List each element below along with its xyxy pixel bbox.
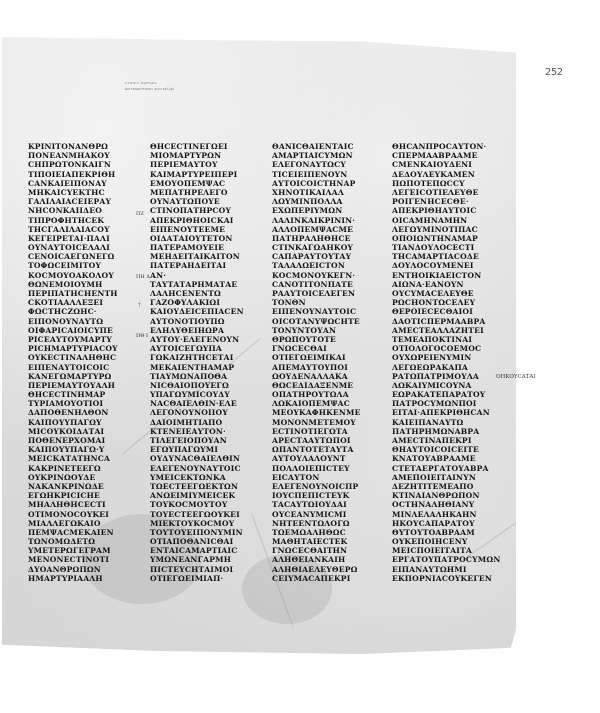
text-line: ΥΠΑΓΩΥΜΙϹΟΥΔΥ: [150, 390, 265, 399]
text-line: ΔΕΔΟΥΛΕΥΚΑΜΕΝ: [392, 170, 504, 179]
text-line: ΤΟΥΚΟϹΜΟΥΤΟΥ: [150, 500, 265, 509]
section-number-note: ΠΗ Δ: [136, 274, 150, 280]
text-line: ΚΑΚΡΙΝΕΤΕΕΓΩ: [28, 464, 138, 473]
text-line: ΛΩΚΑΙΟΠΕΜΨΑϹ: [272, 399, 374, 408]
text-line: ΠΟΘΕΝΕΡΧΟΜΑΙ: [28, 436, 138, 445]
text-line: ΠΕΡΙΕΜΑΥΤΟΥ: [150, 160, 265, 169]
text-line: ΚΟϹΜΟΝΟΥΚΕΓΝ·: [272, 271, 374, 280]
text-line: ΘΡΩΠΟΥΤΟΤΕ: [272, 335, 374, 344]
text-line: ΥΜΩΝΕΑΝΓΑΡΜΗ: [150, 555, 265, 564]
text-line: ΑΠΕΚΡΙΘΗΟΙϹΚΑΙ: [150, 216, 265, 225]
text-line: ΑΛΗΘΕΙΑΝΚΑΙΗ: [272, 555, 374, 564]
text-line: ϹΜΕΝΚΑΙΟΥΔΕΝΙ: [392, 160, 504, 169]
text-line: ΠΕΡΙΕΜΑΥΤΟΥΑΛΗ: [28, 381, 138, 390]
text-line: ΟΙϹΑΜΗΝΑΜΗΝ: [392, 216, 504, 225]
text-line: ΥΜΕΤΕΡΩΓΕΓΡΑΜ: [28, 546, 138, 555]
text-line: ΤΟΥΕϹΤΕΕΓΩΟΥΚΕΙ: [150, 510, 265, 519]
text-line: ΝΑϹΘΑΙΕΛΘΙΝ·ΕΛΕ: [150, 399, 265, 408]
text-line: ΑΠΕΚΡΙΘΗΑΥΤΟΙϹ: [392, 206, 504, 215]
text-line: ΤΩΕϹΤΕΕΓΩΕΚΤΩΝ: [150, 482, 265, 491]
text-line: ΡΙϹΗΜΑΡΤΥΡΙΑϹΟΥ: [28, 344, 138, 353]
text-line: ΑΛΛΟΠΕΜΨΑϹΜΕ: [272, 225, 374, 234]
text-line: ΙΟΥϹΠΕΠΙϹΤΕΥΚ: [272, 491, 374, 500]
text-line: ΕϹΤΙΝΟΤΙΕΓΩΤΑ: [272, 427, 374, 436]
text-line: ΥΜΕΙϹΕΚΤΩΝΚΑ: [150, 473, 265, 482]
text-line: ΤΩΝΟΜΩΔΕΤΩ: [28, 537, 138, 546]
text-line: ΕΙΠΟΝΟΥΝΑΥΤΩ: [28, 317, 138, 326]
text-line: ΜΙϹΟΥΚΟΙΔΑΤΑΙ: [28, 427, 138, 436]
text-line: ΜΕΙϹΠΟΙΕΙΤΑΙΤΑ: [392, 546, 504, 555]
text-line: ΜΙΑΛΛΕΓΩΚΑΙΟ: [28, 519, 138, 528]
text-line: ϹΠΕΡΜΑΑΒΡΑΑΜΕ: [392, 151, 504, 160]
text-line: ΜΕΠΑΤΗΡΕΛΕΓΟ: [150, 188, 265, 197]
text-line: ΧΗΝΟΤΙΚΑΙΛΑΛ: [272, 188, 374, 197]
text-line: ΘΩΝΕΜΟΙΟΥΜΗ: [28, 280, 138, 289]
folio-number: 252: [545, 67, 563, 78]
text-line: ΜΟΝΟΝΜΕΤΕΜΟΥ: [272, 418, 374, 427]
text-line: ϹΤΙΝΚΑΓΩΑΗΚΟΥ: [272, 243, 374, 252]
text-line: ΑΠΕΜΑΥΤΟΥΠΟΙ: [272, 363, 374, 372]
text-line: ΟΤΙΜΟΝΟϹΟΥΚΕΙ: [28, 510, 138, 519]
text-line: ΛΕΓΩΕΩΡΑΚΑΠΑ: [392, 363, 504, 372]
text-line: ΤΗϹΓΑΛΙΛΑΙΑϹΟΥ: [28, 225, 138, 234]
text-line: ΓΩΚΑΙΖΗΤΗϹΕΤΑΙ: [150, 353, 265, 362]
text-line: ΑΜΕϹΤΕΑΛΛΑΖΗΤΕΙ: [392, 326, 504, 335]
text-line: ΤΙΛΕΓΕΙΟΠΟΥΑΝ: [150, 436, 265, 445]
text-line: ΝΗΤΕΕΝΤΩΛΟΓΩ: [272, 519, 374, 528]
text-line: ΡΑΤΩΠΑΤΡΙΜΟΥΛΑ: [392, 372, 504, 381]
text-line: ΚΑΙΜΑΡΤΥΡΕΙΠΕΡΙ: [150, 170, 265, 179]
text-line: ΘΩϹΕΔΙΔΑΞΕΝΜΕ: [272, 381, 374, 390]
text-line: ΕΙϹΑΥΤΟΝ: [272, 473, 374, 482]
text-line: ΚΑΙΠΟΥΥΠΑΓΩ·Υ: [28, 445, 138, 454]
text-line: ΠΑΤΕΡΑΗΔΕΙΤΑΙ: [150, 261, 265, 270]
text-line: ΜΕΚΑΙΕΝΤΗΑΜΑΡ: [150, 363, 265, 372]
text-column-1: ΚΡΙΝΙΤΟΝΑΝΘΡΩΠΟΝΕΑΝΜΗΑΚΟΥϹΗΠΡΩΤΟΝΚΑΙΓΝΤΙ…: [28, 142, 138, 583]
text-line: ΓΑΖΟΦΥΛΑΚΙΩΙ: [150, 298, 265, 307]
text-line: ΟΥΔΥΝΑϹΘΑΙΕΛΘΙΝ: [150, 454, 265, 463]
text-line: ΟΤΙΟΛΟΓΟϹΟΕΜΟϹ: [392, 344, 504, 353]
text-line: ΜΑΘΗΤΑΙΕϹΤΕΚ: [272, 537, 374, 546]
text-line: ΜΗΚΑΙϹΥΕΚΤΗϹ: [28, 188, 138, 197]
text-line: ΤΙΠΡΟΦΗΤΗϹΕΚ: [28, 216, 138, 225]
text-line: ΚΤΙΝΑΙΑΝΘΡΩΠΟΝ: [392, 491, 504, 500]
text-line: ΕΓΩΗΚΡΙϹΙϹΗΕ: [28, 491, 138, 500]
text-line: ΟΠΟΙΩΝΤΗΝΑΜΑΡ: [392, 234, 504, 243]
text-line: ΠΟΝΕΑΝΜΗΑΚΟΥ: [28, 151, 138, 160]
text-line: ΑΙΩΝΑ·ΕΑΝΟΥΝ: [392, 280, 504, 289]
text-line: ΤΩΕΜΩΑΛΗΘΩϹ: [272, 528, 374, 537]
text-line: ΡΙϹΕΑΥΤΟΥΜΑΡΤΥ: [28, 335, 138, 344]
text-line: ΟΙϹΟΤΑΝΥΨΩϹΗΤΕ: [272, 317, 374, 326]
text-line: ΟΠΑΤΗΡΟΥΤΩΛΑ: [272, 390, 374, 399]
text-line: ΟΤΙΕΓΩΕΙΜΙΑΠ·: [150, 574, 265, 583]
text-line: ΡΟΙΓΕΝΗϹΕϹΘΕ·: [392, 197, 504, 206]
text-line: ΟΤΙΑΠΟΘΑΝΙϹΘΑΙ: [150, 537, 265, 546]
text-line: ΠΑΤΕΡΑΜΟΥΕΙΕ: [150, 243, 265, 252]
text-line: ΤΥΡΙΑΜΟΥΟΤΙΟΙ: [28, 399, 138, 408]
text-line: ΘΗϹΕϹΤΙΝΕΓΩΕΙ: [150, 142, 265, 151]
text-line: ϹΑΝΟΤΙΤΟΝΠΑΤΕ: [272, 280, 374, 289]
text-line: ΠΑΤΗΡΑΛΗΘΗϹΕ: [272, 234, 374, 243]
text-line: ΚΑΙΟΥΔΕΙϹΕΠΙΑϹΕΝ: [150, 307, 265, 316]
text-line: ΔΑΟΤΙϹΠΕΡΜΑΑΒΡΑ: [392, 317, 504, 326]
text-line: ΕΛΗΛΥΘΕΙΗΩΡΑ: [150, 326, 265, 335]
text-column-4: ΘΗϹΑΝΠΡΟϹΑΥΤΟΝ·ϹΠΕΡΜΑΑΒΡΑΑΜΕϹΜΕΝΚΑΙΟΥΔΕΝ…: [392, 142, 504, 583]
text-line: ΛΕΓΕΙϹΟΤΙΕΛΕΥΘΕ: [392, 188, 504, 197]
text-line: ΕΛΕΓΕΝΟΥΝΑΥΤΟΙϹ: [150, 464, 265, 473]
text-line: ΠΙϹΤΕΥϹΗΤΑΙΜΟΙ: [150, 565, 265, 574]
text-line: ϹΑΠΑΡΑΥΤΟΥΤΑΥ: [272, 252, 374, 261]
text-line: ΜΕΝΟΝΕϹΤΙΝΟΤΙ: [28, 555, 138, 564]
text-line: ΡΩϹΗΟΝΤΩϹΕΛΕΥ: [392, 298, 504, 307]
text-line: ΕΓΩΥΠΑΓΩΥΜΙ: [150, 445, 265, 454]
text-line: ΟΥΧΩΡΕΙΕΝΥΜΙΝ: [392, 353, 504, 362]
text-line: ΑΜΕΠΟΙΕΙΤΑΙΝΥΝ: [392, 473, 504, 482]
text-line: ΤΟΦΩϹΕΙΜΙΤΟΥ: [28, 261, 138, 270]
text-line: ΑΥΤΟΙϹΕΓΩΥΠΑ: [150, 344, 265, 353]
text-line: ΕΡΓΑΤΟΥΠΑΤΡΟϹΥΜΩΝ: [392, 555, 504, 564]
text-line: ΟΥΝΑΥΤΟΙϹΕΛΑΛΙ: [28, 243, 138, 252]
text-line: ΛΕΓΟΝΟΥΝΟΙΙΟΥ: [150, 408, 265, 417]
text-line: ΑΛΗΘΙΑΕΛΕΥΘΕΡΩ: [272, 565, 374, 574]
text-line: ΑΜΑΡΤΙΑΙϹΥΜΩΝ: [272, 151, 374, 160]
text-line: ΕΙΠΑΝΑΥΤΩΗΜΙ: [392, 565, 504, 574]
text-line: ΔΑΙΟΙΜΗΤΙΑΠΟ: [150, 418, 265, 427]
text-line: ΜΗΑΛΗΘΗϹΕϹΤΙ: [28, 500, 138, 509]
text-line: ΤΑϹΑΥΤΩΙΟΥΔΑΙ: [272, 500, 374, 509]
text-line: ΠΕΜΨΑϹΜΕΚΑΙΕΝ: [28, 528, 138, 537]
text-line: ΝΗϹΟΝΚΑΙΙΔΕΟ: [28, 206, 138, 215]
text-line: ΘΗΑΥΤΟΙϹΟΙϹΕΙΤΕ: [392, 445, 504, 454]
text-line: ΟΥΚΡΙΝΩΟΥΔΕ: [28, 473, 138, 482]
text-line: ΟΙΦΑΡΙϹΑΙΟΙϹΥΠΕ: [28, 326, 138, 335]
text-line: ΑΜΕϹΤΙΝΑΠΕΚΡΙ: [392, 436, 504, 445]
text-line: ΚΑΙΠΟΥΥΠΑΓΩΥ: [28, 418, 138, 427]
text-line: ΟΙΔΑΤΑΙΟΥΤΕΤΟΝ: [150, 234, 265, 243]
text-line: ΘΑΝΙϹΘΑΙΕΝΤΑΙϹ: [272, 142, 374, 151]
text-line: ΜΕΟΥΚΑΦΗΚΕΝΜΕ: [272, 408, 374, 417]
text-line: ΑΡΕϹΤΑΑΥΤΩΠΟΙ: [272, 436, 374, 445]
text-line: ΜΙΕΚΤΟΥΚΟϹΜΟΥ: [150, 519, 265, 528]
text-line: ΩΟΥΔΕΝΑΛΛΑΚΑ: [272, 372, 374, 381]
text-line: ΘΥΤΟΥΤΟΑΒΡΑΑΜ: [392, 528, 504, 537]
text-line: ΠΕΡΙΠΑΤΗϹΗΕΝΤΗ: [28, 289, 138, 298]
text-line: ΘΕΡΟΙΕϹΕϹΘΑΙΟΙ: [392, 307, 504, 316]
text-line: ΑΥΤΟΙϹΟΙϹΤΗΝΑΡ: [272, 179, 374, 188]
text-line: ΚΑΙΕΙΠΑΝΑΥΤΩ: [392, 418, 504, 427]
text-line: ΤΗϹΑΜΑΡΤΙΑϹΟΔΕ: [392, 252, 504, 261]
text-line: ΚΝΑΤΟΥΑΒΡΑΑΜΕ: [392, 454, 504, 463]
text-line: ΝΙϹΘΑΙΟΠΟΥΕΓΩ: [150, 381, 265, 390]
text-line: ΕΙΤΑΙ·ΑΠΕΚΡΙΘΗϹΑΝ: [392, 408, 504, 417]
text-line: ΕΛΕΓΟΝΑΥΤΩϹΥ: [272, 160, 374, 169]
text-line: ϹΑΝΚΑΙΕΙΠΟΝΑΥ: [28, 179, 138, 188]
text-line: ΑΝ·: [150, 271, 265, 280]
text-line: ΗΜΑΡΤΥΡΙΑΑΛΗ: [28, 574, 138, 583]
text-line: ΡΑΑΥΤΟΙϹΕΛΕΓΕΝ: [272, 289, 374, 298]
text-line: ΔΥΟΑΝΘΡΩΠΩΝ: [28, 565, 138, 574]
text-line: ΕΜΟΥΟΠΕΜΨΑϹ: [150, 179, 265, 188]
text-line: ΠΑΤΗΡΗΜΩΝΑΒΡΑ: [392, 427, 504, 436]
text-line: ΕΧΩΠΕΡΙΥΜΩΝ: [272, 206, 374, 215]
text-line: ΕΚΠΟΡΝΙΑϹΟΥΚΕΓΕΝ: [392, 574, 504, 583]
text-line: ΕΩΡΑΚΑΤΕΠΑΡΑΤΟΥ: [392, 390, 504, 399]
text-line: ΤΑΥΤΑΤΑΡΗΜΑΤΑΕ: [150, 280, 265, 289]
text-line: ΔΕΖΗΤΙΤΕΜΕΑΠΟ: [392, 482, 504, 491]
text-line: ΔΑΠΟΘΕΝΗΛΘΟΝ: [28, 408, 138, 417]
text-line: ΛΩΚΑΙΥΜΙϹΟΥΝΑ: [392, 381, 504, 390]
text-line: ΤΙϹΕΙΕΙΠΕΝΟΥΝ: [272, 170, 374, 179]
text-line: ΟΥϹΥΜΑϹΕΛΕΥΘΕ: [392, 289, 504, 298]
text-line: ΠΩΠΟΤΕΠΩϹϹΥ: [392, 179, 504, 188]
text-line: ΠΟΛΛΟΙΕΠΙϹΤΕΥ: [272, 464, 374, 473]
text-line: ΝΑΚΑΝΚΡΙΝΩΔΕ: [28, 482, 138, 491]
text-line: ΔΟΥΛΟϹΟΥΜΕΝΕΙ: [392, 261, 504, 270]
text-line: ΑΥΤΟΝΟΤΙΟΥΠΩ: [150, 317, 265, 326]
text-line: ΤΕΜΕΑΠΟΚΤΙΝΑΙ: [392, 335, 504, 344]
text-line: ΕΙΠΕΝΟΥΤΕΕΜΕ: [150, 225, 265, 234]
text-line: ΤΑΛΑΛΩΕΙϹΤΟΝ: [272, 261, 374, 270]
text-line: ϹΕΙΥΜΑϹΑΠΕΚΡΙ: [272, 574, 374, 583]
text-line: ϹΕΝΟΙϹΑΕΓΩΝΕΓΩ: [28, 252, 138, 261]
text-line: ΕΙΠΕΝΑΥΤΟΙϹΟΙϹ: [28, 363, 138, 372]
text-line: ΘΗϹΑΝΠΡΟϹΑΥΤΟΝ·: [392, 142, 504, 151]
text-line: ΕΛΕΓΕΝΟΥΝΟΙϹΠΡ: [272, 482, 374, 491]
text-line: ΜΙΝΛΕΛΑΛΗΚΑΗΝ: [392, 510, 504, 519]
text-line: ΟϹΤΗΝΑΛΗΘΙΑΝΥ: [392, 500, 504, 509]
text-line: ΑΝΩΕΙΜΙΥΜΕΙϹΕΚ: [150, 491, 265, 500]
text-line: ΚΤΕΝΕΙΕΑΥΤΟΝ·: [150, 427, 265, 436]
text-line: ΕΝΤΗΟΙΚΙΑΕΙϹΤΟΝ: [392, 271, 504, 280]
text-line: ϹΗΠΡΩΤΟΝΚΑΙΓΝ: [28, 160, 138, 169]
text-line: ΓΝΩϹΕϹΘΑΙΤΗΝ: [272, 546, 374, 555]
text-line: ΚΕΓΕΙΡΕΤΑΙ·ΠΑΛΙ: [28, 234, 138, 243]
text-line: ϹΤΙΝΟΠΑΤΗΡϹΟΥ: [150, 206, 265, 215]
text-line: ΟΥϹΕΑΝΥΜΙϹΜΙ: [272, 510, 374, 519]
text-line: ΟΥΚΕΠΟΙΗϹΕΝΥ: [392, 537, 504, 546]
text-line: ϹΤΕΤΑΕΡΓΑΤΟΥΑΒΡΑ: [392, 464, 504, 473]
text-line: ΚΟϹΜΟΥΟΑΚΟΛΟΥ: [28, 271, 138, 280]
text-line: ΕΙΠΕΝΟΥΝΑΥΤΟΙϹ: [272, 307, 374, 316]
text-line: ΛΩΥΜΙΝΠΟΛΛΑ: [272, 197, 374, 206]
text-line: ΜΕΙϹΚΑΤΑΤΗΝϹΑ: [28, 454, 138, 463]
text-column-2: ΘΗϹΕϹΤΙΝΕΓΩΕΙΜΙΟΜΑΡΤΥΡΩΝΠΕΡΙΕΜΑΥΤΟΥΚΑΙΜΑ…: [150, 142, 265, 583]
text-line: ΑΥΤΟΥ·ΕΛΕΓΕΝΟΥΝ: [150, 335, 265, 344]
text-line: ΚΡΙΝΙΤΟΝΑΝΘΡΩ: [28, 142, 138, 151]
text-line: ϹΚΟΤΙΑΑΛΛΕΞΕΙ: [28, 298, 138, 307]
text-line: ΓΝΩϹΕϹΘΑΙ: [272, 344, 374, 353]
text-line: ΚΑΝΕΓΩΜΑΡΤΥΡΩ: [28, 372, 138, 381]
text-line: ΕΝΤΑΙϹΑΜΑΡΤΙΑΙϹ: [150, 546, 265, 555]
text-line: ΦΩϹΤΗϹΖΩΗϹ·: [28, 307, 138, 316]
top-note-line: ⲉⲡⲓⲧⲟⲛⲉⲡⲓⲅⲉⲓⲟⲛ ⲉⲡⲓϲⲧⲉⲗⲗⲉⲓ: [125, 86, 255, 92]
text-line: ΩΠΑΝΤΟΤΕΤΑΥΤΑ: [272, 445, 374, 454]
text-line: ΜΙΟΜΑΡΤΥΡΩΝ: [150, 151, 265, 160]
top-margin-note: ϲⲩⲛⲧⲁϲ ⲙⲁⲣⲧⲩⲣⲓⲁ ⲉⲡⲓⲧⲟⲛⲉⲡⲓⲅⲉⲓⲟⲛ ⲉⲡⲓϲⲧⲉⲗⲗⲉ…: [125, 80, 255, 92]
text-line: ΟΥΝΑΥΤΩΠΟΥΕ: [150, 197, 265, 206]
text-line: ΤΟΝΥΝΤΟΥΑΝ: [272, 326, 374, 335]
text-line: ΤΟΥΤΟΥΕΙΠΟΝΥΜΙΝ: [150, 528, 265, 537]
text-line: ΠΑΤΡΟϹΥΜΩΝΠΟΙ: [392, 399, 504, 408]
text-line: ΤΟΝΘΝ: [272, 298, 374, 307]
text-line: ΜΕΗΔΕΙΤΑΙΚΑΙΤΟΝ: [150, 252, 265, 261]
text-line: ΤΙΑΝΔΟΥΛΟϹΕϹΤΙ: [392, 243, 504, 252]
marginal-mark: †: [138, 302, 141, 308]
text-line: ΗΚΟΥϹΑΠΑΡΑΤΟΥ: [392, 519, 504, 528]
text-line: ΤΙΑΥΜΩΝΑΠΟΘΑ: [150, 372, 265, 381]
text-line: ΓΑΛΙΛΑΙΑϹΕΙΕΡΑΥ: [28, 197, 138, 206]
text-line: ΛΑΛΗϹΕΝΕΝΤΩ: [150, 289, 265, 298]
text-line: ΘΗϹΕϹΤΙΝΗΜΑΡ: [28, 390, 138, 399]
text-line: ΟΤΙΕΓΩΕΙΜΙΚΑΙ: [272, 353, 374, 362]
text-column-3: ΘΑΝΙϹΘΑΙΕΝΤΑΙϹΑΜΑΡΤΙΑΙϹΥΜΩΝΕΛΕΓΟΝΑΥΤΩϹΥΤ…: [272, 142, 374, 583]
text-line: ΑΥΤΟΥΛΑΛΟΥΝΤ: [272, 454, 374, 463]
text-line: ΤΙΠΟΙΕΙΑΠΕΚΡΙΘΗ: [28, 170, 138, 179]
text-line: ΟΥΚΕϹΤΙΝΑΛΗΘΗϹ: [28, 353, 138, 362]
text-line: ΛΕΓΩΥΜΙΝΟΤΙΠΑϹ: [392, 225, 504, 234]
text-line: ΛΑΛΙΝΚΑΙΚΡΙΝΙΝ·: [272, 216, 374, 225]
